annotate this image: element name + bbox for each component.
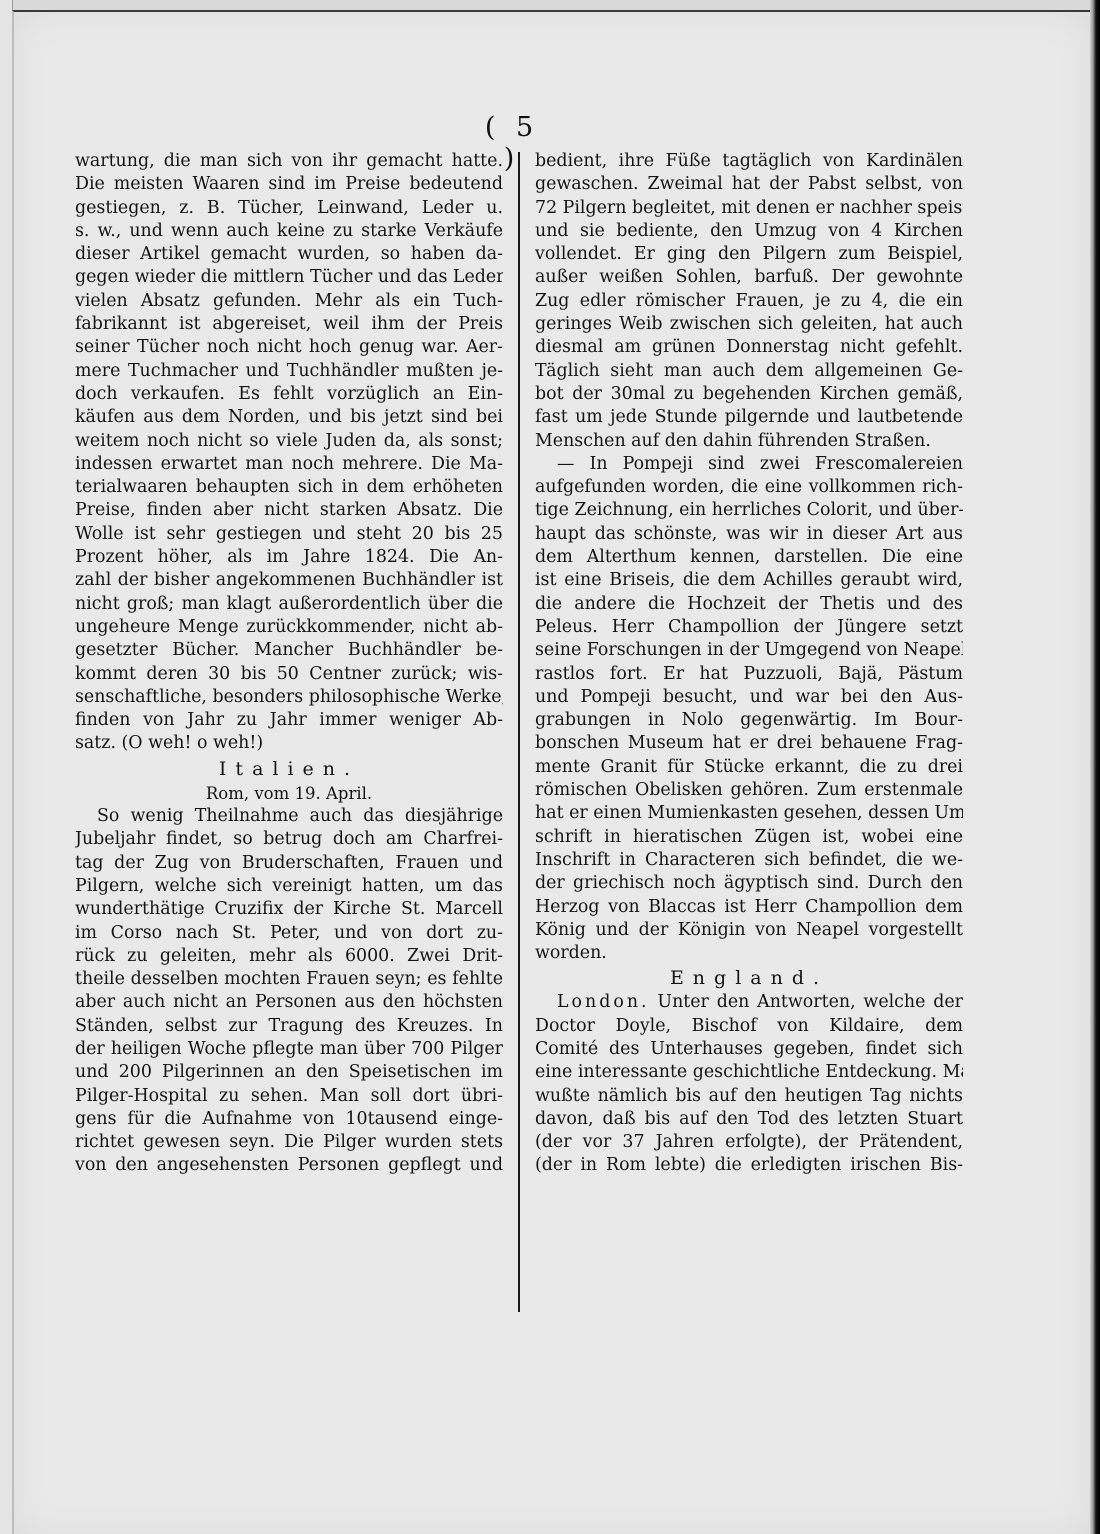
text-fragment: Unter den Antworten, welche der	[657, 992, 963, 1012]
text-line: gegen wieder die mittlern Tücher und das…	[75, 266, 503, 289]
text-line: Doctor Doyle, Bischof von Kildaire, dem	[535, 1015, 963, 1038]
text-line: indessen erwartet man noch mehrere. Die …	[75, 453, 503, 476]
text-line: richtet gewesen seyn. Die Pilger wurden …	[75, 1131, 503, 1154]
dateline-rom: Rom, vom 19. April.	[75, 782, 503, 805]
text-line: — In Pompeji sind zwei Frescomalereien	[535, 453, 963, 476]
text-line: bonschen Museum hat er drei behauene Fra…	[535, 732, 963, 755]
text-line: Zug edler römischer Frauen, je zu 4, die…	[535, 290, 963, 313]
text-line: weitem noch nicht so viele Juden da, als…	[75, 430, 503, 453]
text-line: dieser Artikel gemacht wurden, so haben …	[75, 243, 503, 266]
text-line: von den angesehensten Personen gepflegt …	[75, 1154, 503, 1177]
text-line: kommt deren 30 bis 50 Centner zurück; wi…	[75, 663, 503, 686]
text-line: wußte nämlich bis auf den heutigen Tag n…	[535, 1085, 963, 1108]
left-paragraph-markt: wartung, die man sich von ihr gemacht ha…	[75, 150, 503, 756]
right-paragraph-rom-continued: bedient, ihre Füße tagtäglich von Kardin…	[535, 150, 963, 965]
text-line: Prozent höher, als im Jahre 1824. Die An…	[75, 546, 503, 569]
text-line: gewaschen. Zweimal hat der Pabst selbst,…	[535, 173, 963, 196]
text-line: worden.	[535, 942, 963, 965]
dateline-london: London.	[557, 992, 650, 1012]
text-line: vielen Absatz gefunden. Mehr als ein Tuc…	[75, 290, 503, 313]
text-line: Inschrift in Characteren sich befindet, …	[535, 849, 963, 872]
text-line: im Corso nach St. Peter, und von dort zu…	[75, 922, 503, 945]
text-line: fabrikannt ist abgereiset, weil ihm der …	[75, 313, 503, 336]
text-line: aufgefunden worden, die eine vollkommen …	[535, 476, 963, 499]
text-line: Pilger-Hospital zu sehen. Man soll dort …	[75, 1085, 503, 1108]
text-line: seiner Tücher noch nicht hoch genug war.…	[75, 336, 503, 359]
text-line: (der in Rom lebte) die erledigten irisch…	[535, 1154, 963, 1177]
text-line: Wolle ist sehr gestiegen und steht 20 bi…	[75, 523, 503, 546]
text-line: terialwaaren behaupten sich in dem erhöh…	[75, 476, 503, 499]
text-line: und 200 Pilgerinnen an den Speisetischen…	[75, 1061, 503, 1084]
text-line: Menschen auf den dahin führenden Straßen…	[535, 430, 963, 453]
text-line: schrift in hieratischen Zügen ist, wobei…	[535, 826, 963, 849]
section-heading-italien: Italien.	[75, 756, 503, 782]
text-line: davon, daß bis auf den Tod des letzten S…	[535, 1108, 963, 1131]
text-line: bot der 30mal zu begehenden Kirchen gemä…	[535, 383, 963, 406]
text-line: London. Unter den Antworten, welche der	[535, 991, 963, 1014]
text-line: gens für die Aufnahme von 10tausend eing…	[75, 1108, 503, 1131]
text-line: die andere die Hochzeit der Thetis und d…	[535, 593, 963, 616]
section-heading-england: England.	[535, 965, 963, 991]
left-column: wartung, die man sich von ihr gemacht ha…	[75, 150, 503, 1178]
text-line: Comité des Unterhauses gegeben, findet s…	[535, 1038, 963, 1061]
text-line: senschaftliche, besonders philosophische…	[75, 686, 503, 709]
text-line: eine interessante geschichtliche Entdeck…	[535, 1061, 963, 1084]
text-line: seine Forschungen in der Umgegend von Ne…	[535, 639, 963, 662]
text-line: tige Zeichnung, ein herrliches Colorit, …	[535, 499, 963, 522]
text-line: wartung, die man sich von ihr gemacht ha…	[75, 150, 503, 173]
text-line: zahl der bisher angekommenen Buchhändler…	[75, 569, 503, 592]
left-paragraph-rom: So wenig Theilnahme auch das diesjährige…	[75, 805, 503, 1178]
text-line: ungeheure Menge zurückkommender, nicht a…	[75, 616, 503, 639]
text-line: Die meisten Waaren sind im Preise bedeut…	[75, 173, 503, 196]
text-line: Ständen, selbst zur Tragung des Kreuzes.…	[75, 1015, 503, 1038]
text-line: (der vor 37 Jahren erfolgte), der Präten…	[535, 1131, 963, 1154]
text-line: diesmal am grünen Donnerstag nicht gefeh…	[535, 336, 963, 359]
text-line: satz. (O weh! o weh!)	[75, 732, 503, 755]
text-line: der griechisch noch ägyptisch sind. Durc…	[535, 872, 963, 895]
text-line: aber auch nicht an Personen aus den höch…	[75, 991, 503, 1014]
text-line: finden von Jahr zu Jahr immer weniger Ab…	[75, 709, 503, 732]
text-line: und sie bediente, den Umzug von 4 Kirche…	[535, 220, 963, 243]
text-line: hat er einen Mumienkasten gesehen, desse…	[535, 802, 963, 825]
text-line: mere Tuchmacher und Tuchhändler mußten j…	[75, 360, 503, 383]
text-line: dem Alterthum kennen, darstellen. Die ei…	[535, 546, 963, 569]
text-line: bedient, ihre Füße tagtäglich von Kardin…	[535, 150, 963, 173]
text-line: außer weißen Sohlen, barfuß. Der gewohnt…	[535, 266, 963, 289]
text-line: geringes Weib zwischen sich geleiten, ha…	[535, 313, 963, 336]
text-line: käufen aus dem Norden, und bis jetzt sin…	[75, 406, 503, 429]
text-line: römischen Obelisken gehören. Zum erstenm…	[535, 779, 963, 802]
text-line: Herzog von Blaccas ist Herr Champollion …	[535, 896, 963, 919]
text-line: Täglich sieht man auch dem allgemeinen G…	[535, 360, 963, 383]
text-line: wunderthätige Cruzifix der Kirche St. Ma…	[75, 898, 503, 921]
text-line: Peleus. Herr Champollion der Jüngere set…	[535, 616, 963, 639]
column-divider	[518, 152, 520, 1312]
text-line: s. w., und wenn auch keine zu starke Ver…	[75, 220, 503, 243]
text-line: theile desselben mochten Frauen seyn; es…	[75, 968, 503, 991]
text-line: grabungen in Nolo gegenwärtig. Im Bour-	[535, 709, 963, 732]
text-line: rastlos fort. Er hat Puzzuoli, Bajä, Päs…	[535, 663, 963, 686]
text-line: nicht groß; man klagt außerordentlich üb…	[75, 593, 503, 616]
text-line: gestiegen, z. B. Tücher, Leinwand, Leder…	[75, 197, 503, 220]
text-line: So wenig Theilnahme auch das diesjährige	[75, 805, 503, 828]
scan-right-edge	[1090, 0, 1100, 1534]
right-paragraph-london: London. Unter den Antworten, welche der …	[535, 991, 963, 1177]
text-line: doch verkaufen. Es fehlt vorzüglich an E…	[75, 383, 503, 406]
text-line: tag der Zug von Bruderschaften, Frauen u…	[75, 852, 503, 875]
text-line: 72 Pilgern begleitet, mit denen er nachh…	[535, 197, 963, 220]
text-line: rück zu geleiten, mehr als 6000. Zwei Dr…	[75, 945, 503, 968]
text-line: vollendet. Er ging den Pilgern zum Beisp…	[535, 243, 963, 266]
text-line: König und der Königin von Neapel vorgest…	[535, 919, 963, 942]
text-line: Jubeljahr findet, so betrug doch am Char…	[75, 828, 503, 851]
text-line: Pilgern, welche sich vereinigt hatten, u…	[75, 875, 503, 898]
text-line: gesetzter Bücher. Mancher Buchhändler be…	[75, 639, 503, 662]
text-line: und Pompeji besucht, und war bei den Aus…	[535, 686, 963, 709]
text-line: Preise, finden aber nicht starken Absatz…	[75, 499, 503, 522]
text-line: fast um jede Stunde pilgernde und lautbe…	[535, 406, 963, 429]
text-line: ist eine Briseis, die dem Achilles gerau…	[535, 569, 963, 592]
right-column: bedient, ihre Füße tagtäglich von Kardin…	[535, 150, 963, 1178]
text-line: haupt das schönste, was wir in dieser Ar…	[535, 523, 963, 546]
text-line: der heiligen Woche pflegte man über 700 …	[75, 1038, 503, 1061]
text-line: mente Granit für Stücke erkannt, die zu …	[535, 756, 963, 779]
